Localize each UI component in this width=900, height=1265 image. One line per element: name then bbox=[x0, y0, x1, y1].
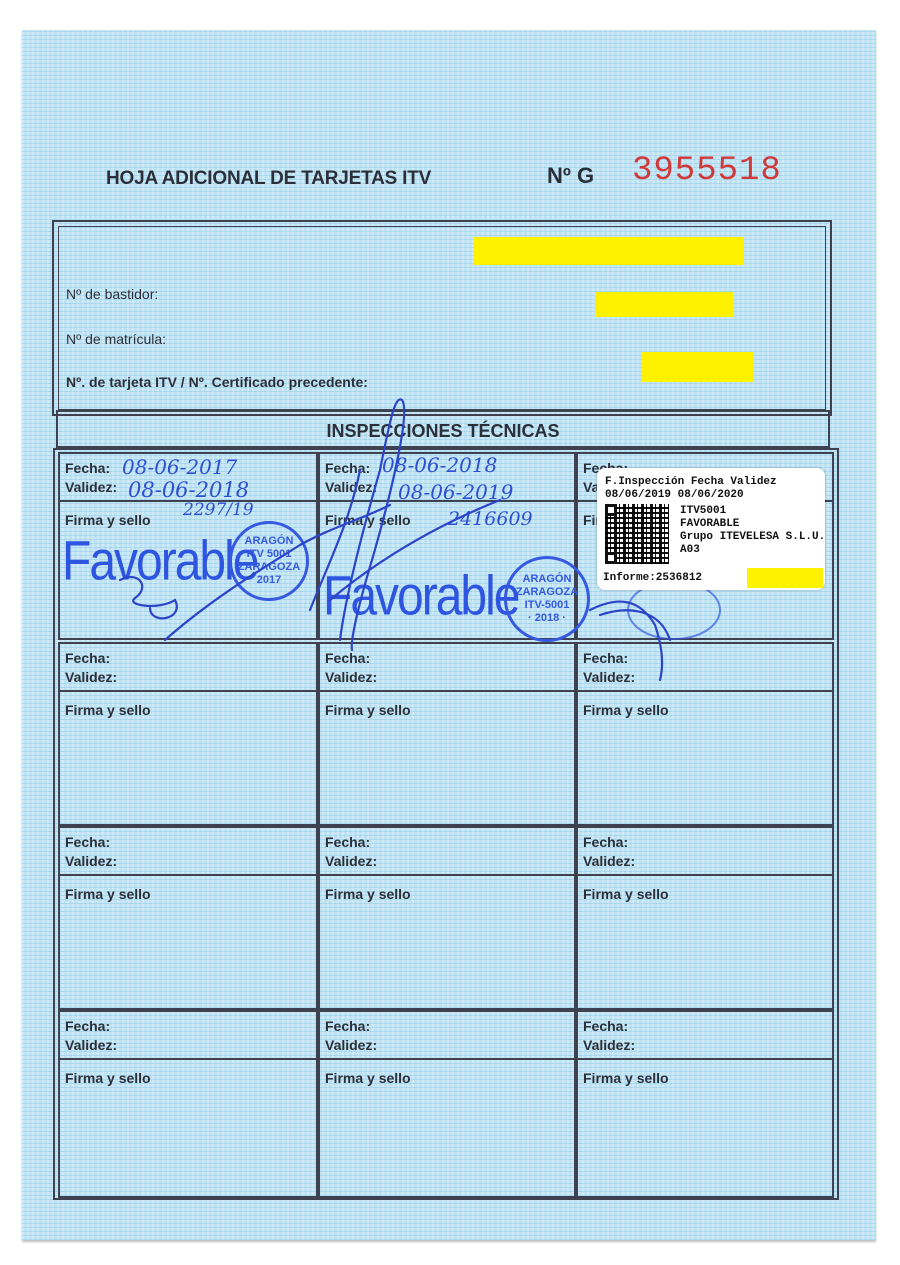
cell-1-validez-value: 08-06-2018 bbox=[128, 478, 249, 502]
cell-2-number: 2416609 bbox=[448, 508, 533, 530]
validez-label: Validez: bbox=[325, 853, 377, 869]
serial-label: Nº G bbox=[547, 163, 594, 189]
serial-number: 3955518 bbox=[632, 152, 782, 190]
sticker-header: F.Inspección Fecha Validez bbox=[605, 476, 777, 488]
inspection-cell: Fecha:Validez:Firma y sello bbox=[576, 642, 834, 826]
cell-2-stamp: ARAGÓN ZARAGOZA ITV-5001 · 2018 · bbox=[504, 556, 590, 642]
fecha-label: Fecha: bbox=[325, 1018, 370, 1034]
matricula-label: Nº de matrícula: bbox=[66, 331, 166, 347]
firma-label: Firma y sello bbox=[325, 702, 411, 718]
fecha-label: Fecha: bbox=[65, 460, 110, 476]
fecha-label: Fecha: bbox=[325, 460, 370, 476]
inspection-cell: Fecha:Validez:Firma y sello bbox=[318, 826, 576, 1010]
redacted-matricula bbox=[642, 352, 753, 382]
bastidor-label: Nº de bastidor: bbox=[66, 286, 158, 302]
validez-label: Validez: bbox=[65, 1037, 117, 1053]
inspection-cell: Fecha:Validez:Firma y sello bbox=[318, 642, 576, 826]
validez-label: Validez: bbox=[325, 669, 377, 685]
inspection-cell-header: Fecha:Validez: bbox=[320, 1012, 574, 1060]
inspection-cell-header: Fecha:Validez: bbox=[578, 644, 832, 692]
fecha-label: Fecha: bbox=[325, 650, 370, 666]
firma-label: Firma y sello bbox=[65, 1070, 151, 1086]
validez-label: Validez: bbox=[583, 1037, 635, 1053]
inspection-sticker: F.Inspección Fecha Validez 08/06/2019 08… bbox=[597, 468, 825, 590]
firma-label: Firma y sello bbox=[325, 886, 411, 902]
cell-1-fecha-value: 08-06-2017 bbox=[122, 455, 237, 479]
cell-2-fecha-value: 08-06-2018 bbox=[382, 453, 497, 477]
fecha-label: Fecha: bbox=[325, 834, 370, 850]
sticker-station: ITV5001 bbox=[680, 505, 726, 517]
inspection-cell-header: Fecha:Validez: bbox=[60, 828, 316, 876]
fecha-label: Fecha: bbox=[65, 650, 110, 666]
qr-code bbox=[605, 504, 669, 564]
fecha-label: Fecha: bbox=[583, 650, 628, 666]
cell-2-validez-value: 08-06-2019 bbox=[398, 480, 513, 504]
validez-label: Validez: bbox=[583, 669, 635, 685]
firma-label: Firma y sello bbox=[65, 886, 151, 902]
inspection-cell: Fecha:Validez:Firma y sello bbox=[576, 826, 834, 1010]
inspection-cell-header: Fecha:Validez: bbox=[578, 828, 832, 876]
inspection-cell: Fecha:Validez:Firma y sello bbox=[318, 1010, 576, 1198]
validez-label: Validez: bbox=[65, 853, 117, 869]
document-title: HOJA ADICIONAL DE TARJETAS ITV bbox=[106, 168, 431, 190]
firma-label: Firma y sello bbox=[583, 702, 669, 718]
inspection-cell-header: Fecha:Validez: bbox=[60, 1012, 316, 1060]
sticker-dates: 08/06/2019 08/06/2020 bbox=[605, 489, 744, 501]
cell-1-stamp: ARAGÓN ITV 5001 ZARAGOZA 2017 bbox=[229, 521, 309, 601]
cell-2-result: Favorable bbox=[323, 565, 518, 628]
firma-label: Firma y sello bbox=[583, 886, 669, 902]
inspection-cell-header: Fecha:Validez: bbox=[578, 1012, 832, 1060]
firma-label: Firma y sello bbox=[325, 512, 411, 528]
redacted-owner bbox=[474, 237, 744, 265]
fecha-label: Fecha: bbox=[65, 1018, 110, 1034]
sticker-result: FAVORABLE bbox=[680, 518, 739, 530]
redacted-bastidor bbox=[595, 292, 733, 317]
firma-label: Firma y sello bbox=[65, 702, 151, 718]
validez-label: Validez: bbox=[65, 669, 117, 685]
firma-label: Firma y sello bbox=[583, 1070, 669, 1086]
validez-label: Validez: bbox=[325, 1037, 377, 1053]
inspection-cell: Fecha:Validez:Firma y sello bbox=[576, 1010, 834, 1198]
tarjeta-label: Nº. de tarjeta ITV / Nº. Certificado pre… bbox=[66, 374, 368, 390]
validez-label: Validez: bbox=[325, 479, 377, 495]
sticker-code: A03 bbox=[680, 544, 700, 556]
inspection-cell: Fecha:Validez:Firma y sello bbox=[58, 1010, 318, 1198]
inspections-title: INSPECCIONES TÉCNICAS bbox=[58, 421, 828, 442]
fecha-label: Fecha: bbox=[65, 834, 110, 850]
validez-label: Validez: bbox=[583, 853, 635, 869]
firma-label: Firma y sello bbox=[65, 512, 151, 528]
inspection-cell-header: Fecha:Validez: bbox=[320, 828, 574, 876]
inspection-cell-header: Fecha:Validez: bbox=[320, 644, 574, 692]
fecha-label: Fecha: bbox=[583, 1018, 628, 1034]
sticker-company: Grupo ITEVELESA S.L.U. bbox=[680, 531, 825, 543]
fecha-label: Fecha: bbox=[583, 834, 628, 850]
redacted-sticker bbox=[747, 568, 823, 588]
inspections-header-box: INSPECCIONES TÉCNICAS bbox=[56, 410, 830, 448]
firma-label: Firma y sello bbox=[325, 1070, 411, 1086]
validez-label: Validez: bbox=[65, 479, 117, 495]
inspection-cell-header: Fecha:Validez: bbox=[60, 644, 316, 692]
inspection-cell: Fecha:Validez:Firma y sello bbox=[58, 826, 318, 1010]
cell-1-number: 2297/19 bbox=[183, 500, 254, 520]
sticker-informe: Informe:2536812 bbox=[603, 572, 702, 584]
inspection-cell: Fecha:Validez:Firma y sello bbox=[58, 642, 318, 826]
